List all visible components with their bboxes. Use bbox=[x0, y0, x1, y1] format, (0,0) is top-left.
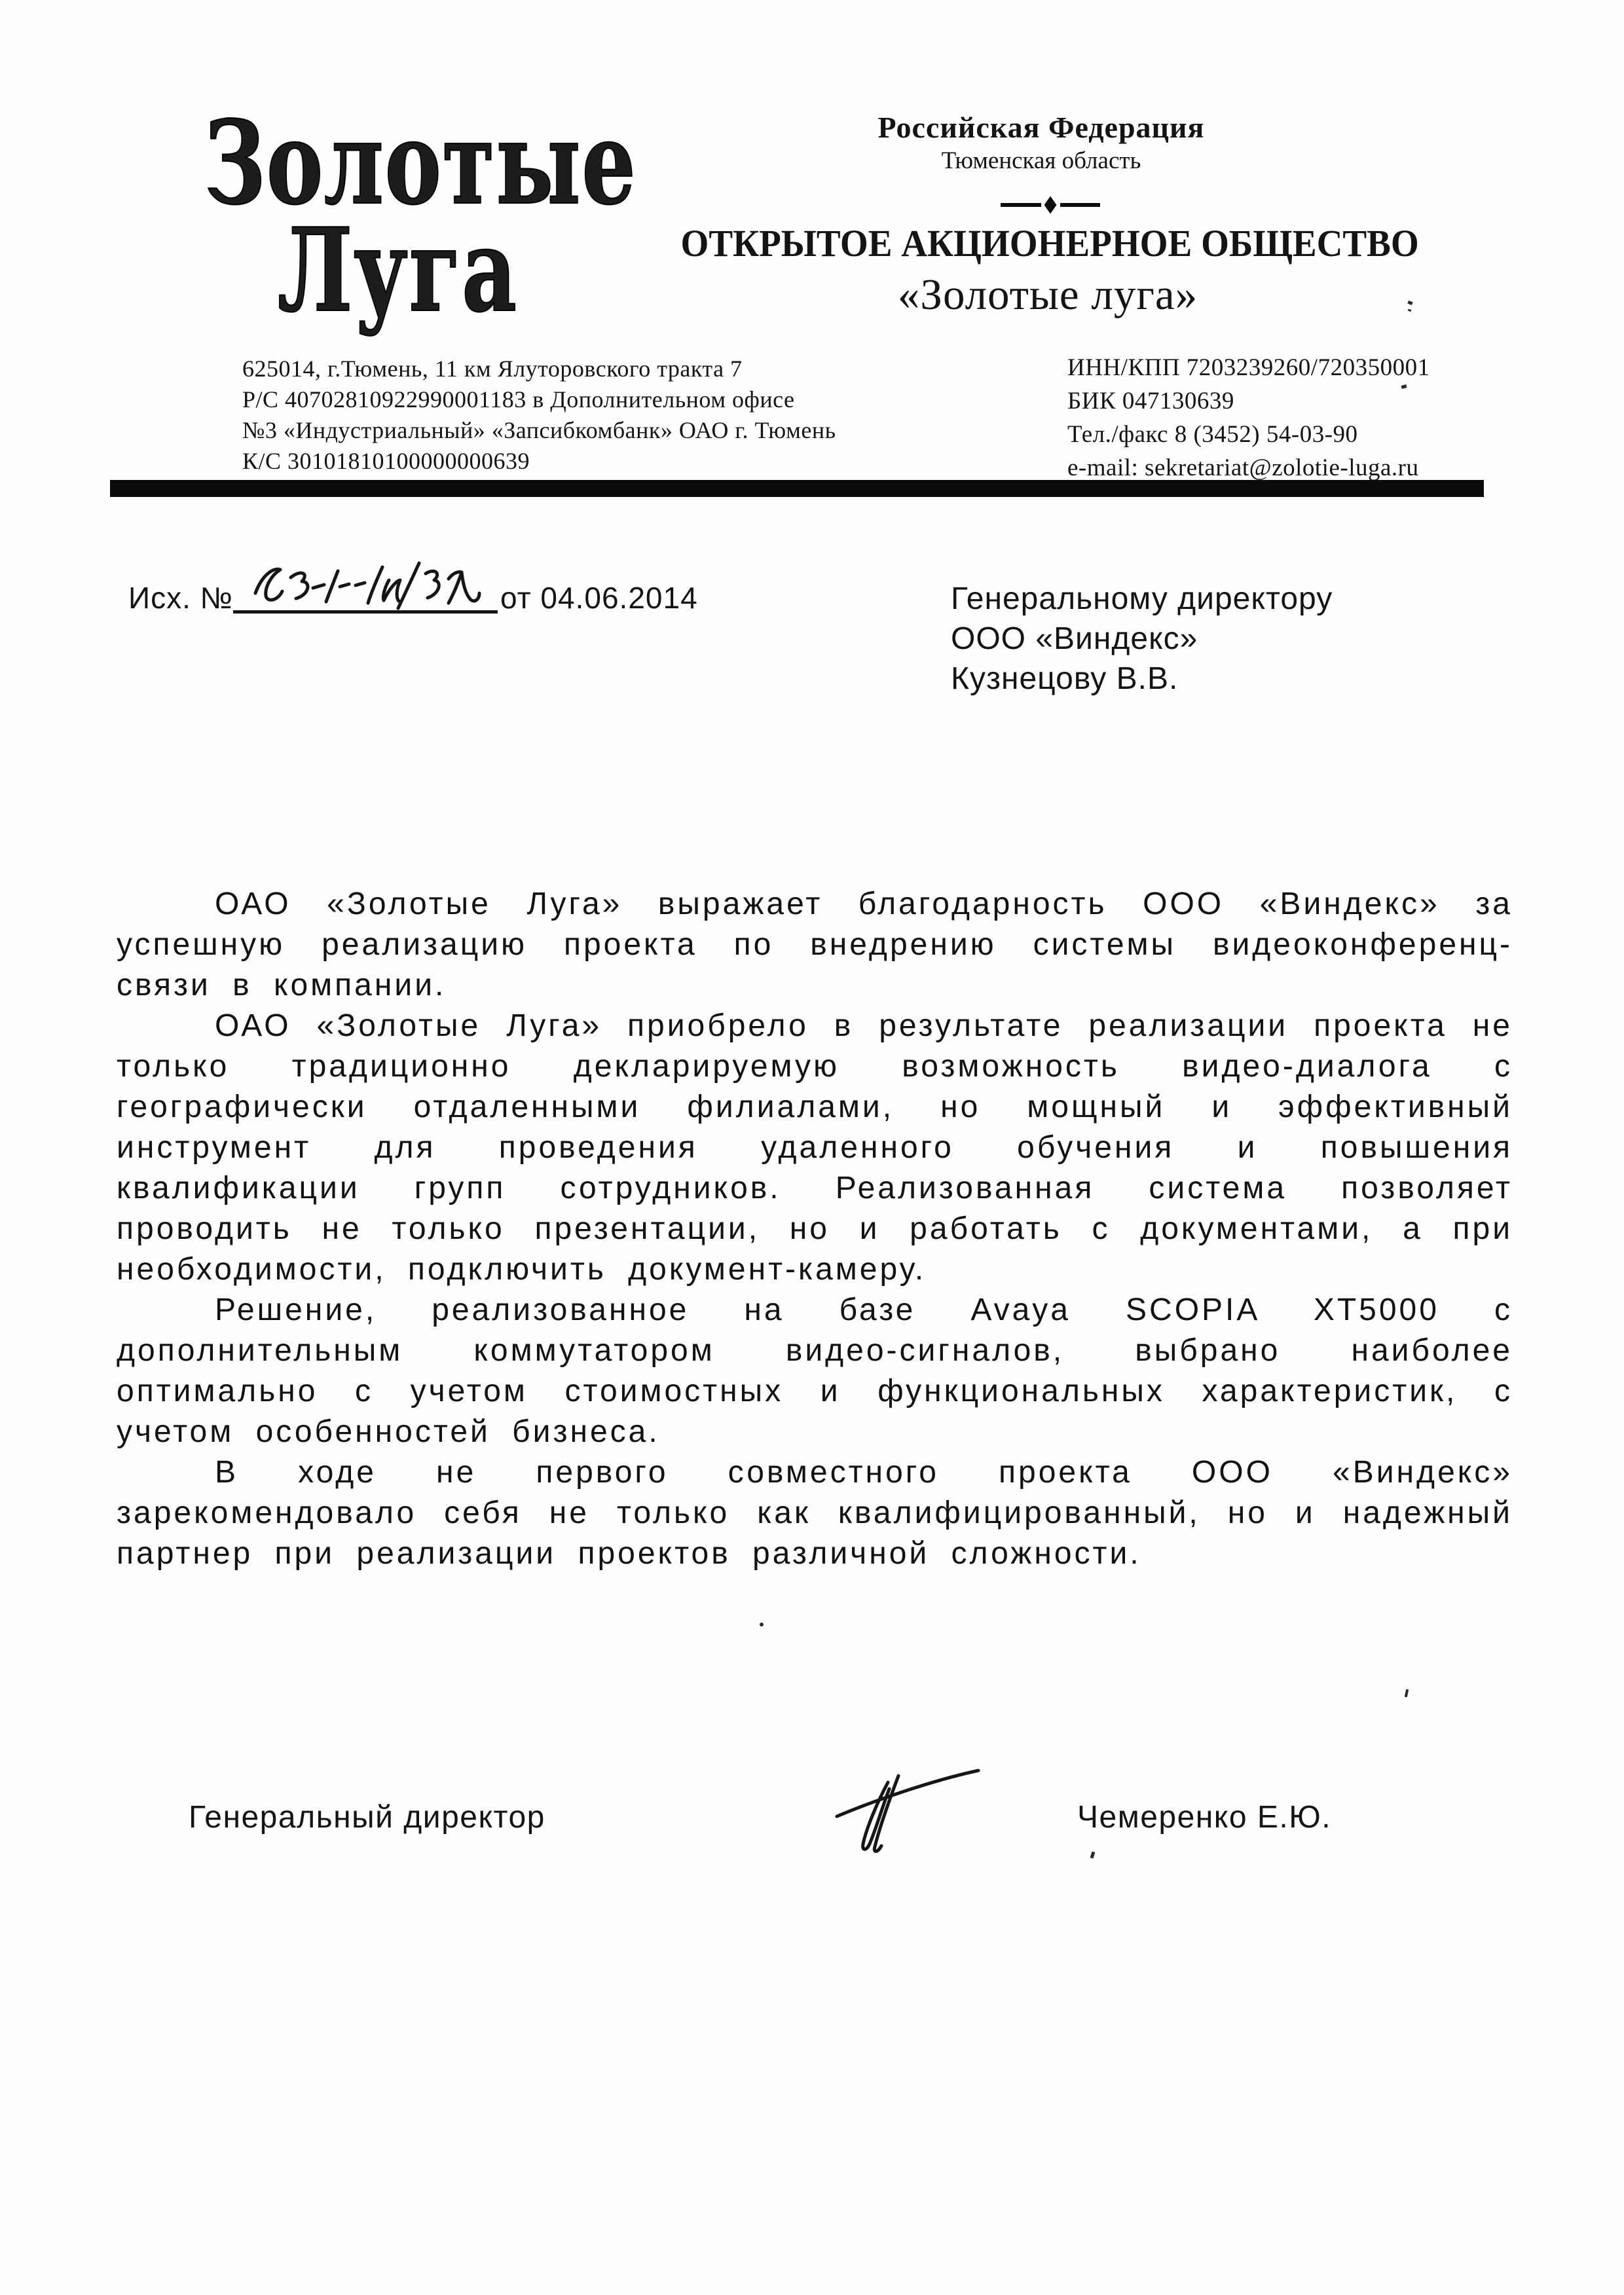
bik-line: БИК 047130639 bbox=[1067, 384, 1430, 418]
address-line-4: К/С 30101810100000000639 bbox=[242, 446, 836, 477]
signatory-name: Чемеренко Е.Ю. bbox=[1077, 1799, 1331, 1835]
scanned-letter-page: Золотые Луга Российская Федерация Тюменс… bbox=[0, 0, 1624, 2295]
signature-scribble bbox=[832, 1760, 982, 1857]
paragraph-1: ОАО «Золотые Луга» выражает благодарност… bbox=[117, 884, 1513, 1006]
paragraph-2: ОАО «Золотые Луга» приобрело в результат… bbox=[117, 1006, 1513, 1290]
country-line: Российская Федерация bbox=[779, 110, 1303, 145]
email-label: e-mail: bbox=[1067, 454, 1138, 481]
scan-artifact bbox=[1090, 1851, 1096, 1858]
diamond-icon bbox=[1044, 196, 1057, 214]
recipient-company: ООО «Виндекс» bbox=[951, 619, 1333, 659]
address-line-2: Р/С 40702810922990001183 в Дополнительно… bbox=[242, 384, 836, 415]
company-requisites-block: ИНН/КПП 7203239260/720350001 БИК 0471306… bbox=[1067, 351, 1430, 485]
scan-artifact bbox=[760, 1623, 764, 1626]
recipient-name: Кузнецову В.В. bbox=[951, 659, 1333, 699]
paragraph-3: Решение, реализованное на базе Avaya SCO… bbox=[117, 1290, 1513, 1452]
divider-line-right bbox=[1060, 203, 1101, 207]
letter-date: от 04.06.2014 bbox=[500, 580, 698, 615]
recipient-position: Генеральному директору bbox=[951, 579, 1333, 619]
letter-body: ОАО «Золотые Луга» выражает благодарност… bbox=[117, 884, 1513, 1574]
outgoing-number-underline bbox=[233, 610, 498, 614]
org-type-heading: ОТКРЫТОЕ АКЦИОНЕРНОЕ ОБЩЕСТВО bbox=[681, 221, 1415, 265]
region-line: Тюменская область bbox=[779, 147, 1303, 175]
inn-kpp-line: ИНН/КПП 7203239260/720350001 bbox=[1067, 351, 1430, 384]
diamond-divider bbox=[1001, 196, 1100, 213]
address-line-1: 625014, г.Тюмень, 11 км Ялуторовского тр… bbox=[242, 354, 836, 384]
signatory-title: Генеральный директор bbox=[189, 1799, 545, 1835]
outgoing-number-label: Исх. № bbox=[128, 580, 233, 615]
address-line-3: №3 «Индустриальный» «Запсибкомбанк» ОАО … bbox=[242, 415, 836, 446]
phone-line: Тел./факс 8 (3452) 54-03-90 bbox=[1067, 418, 1430, 451]
divider-line-left bbox=[1001, 203, 1041, 207]
logo-word-luga: Луга bbox=[278, 213, 518, 328]
org-name-heading: «Золотые луга» bbox=[661, 270, 1434, 320]
recipient-block: Генеральному директору ООО «Виндекс» Куз… bbox=[951, 579, 1333, 699]
header-rule bbox=[110, 480, 1484, 497]
scan-artifact bbox=[1405, 1689, 1409, 1698]
paragraph-4: В ходе не первого совместного проекта ОО… bbox=[117, 1452, 1513, 1574]
email-link[interactable]: sekretariat@zolotie-luga.ru bbox=[1145, 454, 1418, 483]
company-address-block: 625014, г.Тюмень, 11 км Ялуторовского тр… bbox=[242, 354, 836, 477]
handwritten-outgoing-number bbox=[244, 546, 499, 612]
